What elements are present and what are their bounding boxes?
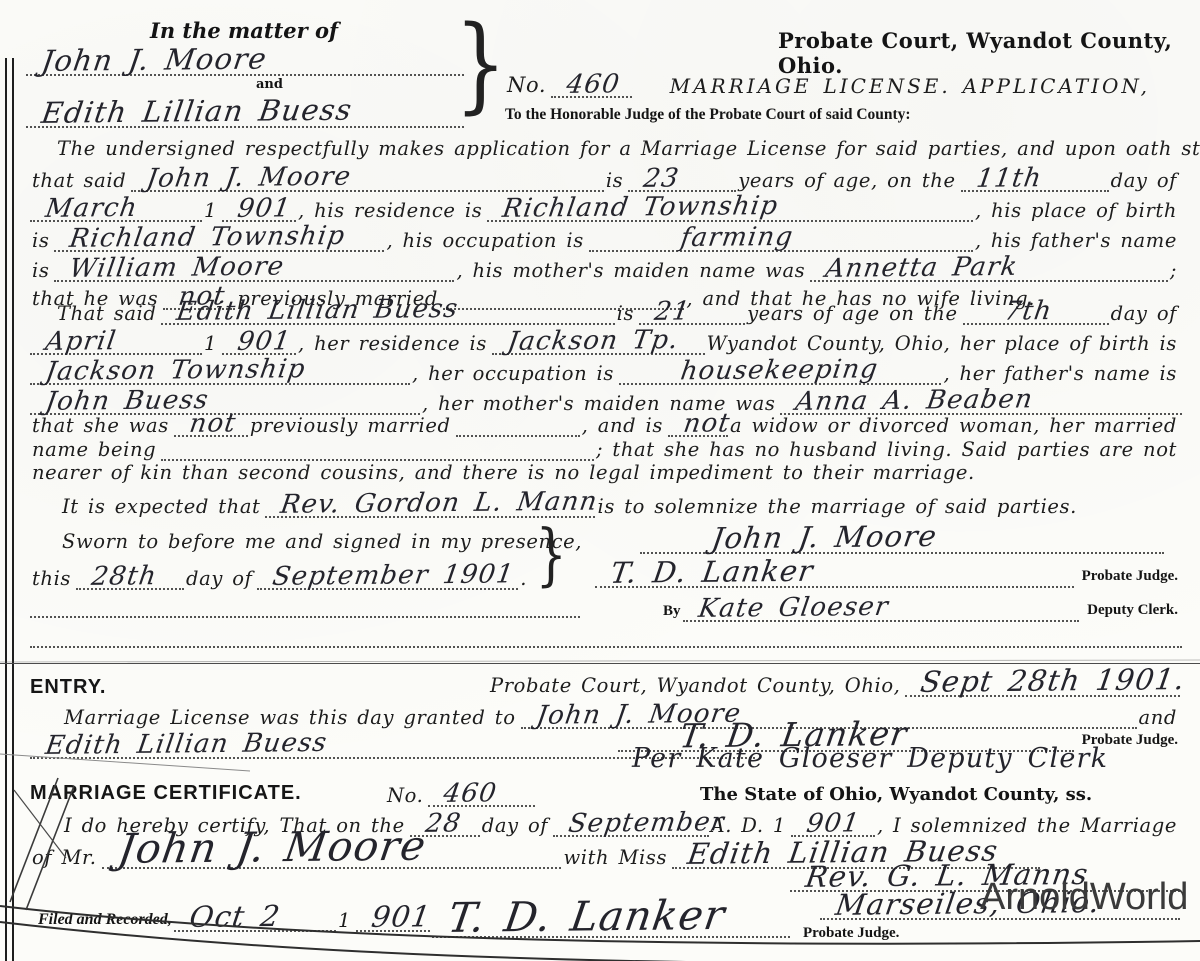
groom-occupation-value: farming bbox=[589, 226, 803, 250]
sworn-day-field: 28th bbox=[76, 567, 184, 590]
groom-birthday-value: 11th bbox=[961, 168, 1051, 190]
groom-line-1: that said John J. Moore is 23 years of a… bbox=[30, 162, 1182, 192]
groom-birthplace-value: Richland Township bbox=[54, 226, 355, 250]
groom-birthplace-label: , his place of birth bbox=[973, 201, 1182, 223]
filed-year-value: 901 bbox=[356, 905, 441, 930]
certificate-number-value: 460 bbox=[428, 783, 507, 805]
groom-age-suffix: years of age, on the bbox=[736, 171, 960, 193]
bride-age-value: 21 bbox=[639, 301, 700, 323]
entry-heading: ENTRY. bbox=[30, 676, 106, 699]
entry-date-field: Sept 28th 1901. bbox=[905, 671, 1180, 697]
filed-judge-value: T. D. Lanker bbox=[432, 899, 735, 936]
certificate-withmiss-label: with Miss bbox=[561, 848, 672, 870]
no-label: No. bbox=[505, 75, 551, 98]
groom-month-value: March bbox=[30, 197, 147, 220]
groom-semicolon: ; bbox=[1168, 261, 1182, 283]
certificate-groom-field: John J. Moore bbox=[102, 833, 562, 869]
bride-month-value: April bbox=[30, 331, 126, 353]
bride-birthday-value: 7th bbox=[963, 301, 1062, 323]
sworn-line-2: this 28th day of September 1901 . bbox=[30, 560, 532, 590]
bride-occupation-value: housekeeping bbox=[619, 359, 888, 383]
groom-dayof-label: day of bbox=[1109, 171, 1182, 193]
groom-father-label: , his father's name bbox=[973, 231, 1182, 253]
groom-age-value: 23 bbox=[628, 168, 689, 190]
groom-name-value: John J. Moore bbox=[131, 166, 361, 190]
certificate-year-value: 901 bbox=[791, 813, 870, 835]
application-intro-line: The undersigned respectfully makes appli… bbox=[55, 130, 1182, 160]
groom-mother-value: Annetta Park bbox=[810, 256, 1027, 280]
certificate-state-line: The State of Ohio, Wyandot County, ss. bbox=[700, 784, 1092, 805]
probate-judge-label: Probate Judge. bbox=[1074, 569, 1180, 588]
entry-granted-label: Marriage License was this day granted to bbox=[62, 708, 521, 730]
entry-clerk-note-wrap: Per Kate Gloeser Deputy Clerk bbox=[618, 748, 1116, 771]
filed-year-printed: 1 bbox=[336, 911, 356, 933]
bride-that-said: That said bbox=[55, 304, 161, 326]
sworn-line-1: Sworn to before me and signed in my pres… bbox=[60, 523, 540, 553]
left-margin-rule-outer bbox=[5, 58, 7, 961]
groom-residence-field: Richland Township bbox=[487, 199, 973, 222]
bride-occupation-label: , her occupation is bbox=[410, 364, 619, 386]
groom-birthday-field: 11th bbox=[961, 169, 1109, 192]
groom-residence-label: , his residence is bbox=[296, 201, 487, 223]
filed-date-field: Oct 2 bbox=[174, 906, 336, 932]
bride-birthplace-field: Jackson Township bbox=[30, 362, 410, 385]
bride-residence-suffix: Wyandot County, Ohio, her place of birth… bbox=[705, 334, 1182, 356]
sworn-dayof-label: day of bbox=[184, 569, 257, 591]
salutation: To the Honorable Judge of the Probate Co… bbox=[505, 106, 911, 124]
judge-signature-field: T. D. Lanker bbox=[595, 562, 1074, 588]
certificate-heading: MARRIAGE CERTIFICATE. bbox=[30, 782, 302, 805]
bride-line-7: nearer of kin than second cousins, and t… bbox=[30, 454, 1182, 484]
groom-is2: is bbox=[30, 231, 54, 253]
bride-birthplace-value: Jackson Township bbox=[30, 359, 315, 383]
certificate-number-field: 460 bbox=[428, 784, 535, 807]
entry-court-line: Probate Court, Wyandot County, Ohio, Sep… bbox=[488, 665, 1180, 697]
groom-age-field: 23 bbox=[628, 169, 736, 192]
bride-birthday-field: 7th bbox=[963, 302, 1109, 325]
entry-court-label: Probate Court, Wyandot County, Ohio, bbox=[488, 676, 905, 698]
groom-name-field: John J. Moore bbox=[131, 169, 604, 192]
sworn-day-value: 28th bbox=[76, 566, 166, 588]
bride-kin-clause: nearer of kin than second cousins, and t… bbox=[30, 463, 980, 485]
blank-rule-1-fill bbox=[30, 616, 580, 618]
blank-rule-2-fill bbox=[30, 646, 1182, 648]
bride-occupation-field: housekeeping bbox=[619, 362, 941, 385]
groom-father-field: William Moore bbox=[54, 259, 454, 282]
groom-is3: is bbox=[30, 261, 54, 283]
applicant-signature-field: John J. Moore bbox=[640, 528, 1164, 554]
left-margin-rule-inner bbox=[12, 58, 14, 961]
filed-line: Filed and Recorded, Oct 2 1 901 bbox=[30, 898, 430, 932]
groom-birthplace-field: Richland Township bbox=[54, 229, 384, 252]
doc-title: MARRIAGE LICENSE. APPLICATION, bbox=[668, 76, 1155, 98]
blank-rule-1 bbox=[30, 612, 580, 618]
filed-judge-signature-line: T. D. Lanker bbox=[432, 896, 790, 938]
case-number-row: No. 460 MARRIAGE LICENSE. APPLICATION, bbox=[505, 60, 1155, 98]
certificate-month-value: September bbox=[553, 812, 734, 835]
filed-date-value: Oct 2 bbox=[174, 905, 290, 930]
caption-bride-field: Edith Lillian Buess bbox=[26, 102, 464, 128]
filed-judge-field: T. D. Lanker bbox=[432, 902, 790, 938]
by-label: By bbox=[655, 604, 683, 622]
judge-signature-value: T. D. Lanker bbox=[595, 560, 823, 586]
clerk-signature-value: Kate Gloeser bbox=[683, 596, 898, 620]
groom-mother-field: Annetta Park bbox=[810, 259, 1168, 282]
applicant-signature-line: John J. Moore bbox=[640, 522, 1164, 554]
bride-line-3: Jackson Township , her occupation is hou… bbox=[30, 355, 1182, 385]
caption-bride-name: Edith Lillian Buess bbox=[26, 99, 362, 126]
bride-age-field: 21 bbox=[639, 302, 745, 325]
judge-signature-line: T. D. Lanker Probate Judge. bbox=[595, 556, 1180, 588]
bride-residence-label: , her residence is bbox=[296, 334, 492, 356]
groom-occupation-field: farming bbox=[589, 229, 973, 252]
blank-rule-2 bbox=[30, 642, 1182, 648]
application-intro: The undersigned respectfully makes appli… bbox=[55, 139, 1200, 161]
groom-father-value: William Moore bbox=[54, 256, 294, 280]
caption-brace: } bbox=[455, 12, 507, 116]
bride-year-value: 901 bbox=[222, 331, 301, 353]
filed-judge-label: Probate Judge. bbox=[795, 926, 901, 945]
marriage-license-document: { "glyphs": { "brace": "}" }, "watermark… bbox=[0, 0, 1200, 961]
groom-residence-value: Richland Township bbox=[487, 196, 788, 220]
groom-year-printed: 1 bbox=[202, 201, 222, 223]
bride-residence-value: Jackson Tp. bbox=[492, 330, 688, 353]
certificate-no-label: No. bbox=[385, 786, 428, 808]
bride-name-value: Edith Lillian Buess bbox=[161, 299, 468, 323]
deputy-clerk-label: Deputy Clerk. bbox=[1079, 603, 1180, 622]
groom-month-field: March bbox=[30, 199, 202, 222]
clerk-signature-line: By Kate Gloeser Deputy Clerk. bbox=[655, 590, 1180, 622]
entry-clerk-note: Per Kate Gloeser Deputy Clerk bbox=[618, 743, 1116, 774]
groom-that-said: that said bbox=[30, 171, 131, 193]
bride-month-field: April bbox=[30, 332, 202, 355]
groom-line-4: is William Moore , his mother's maiden n… bbox=[30, 252, 1182, 282]
caption-groom-field: John J. Moore bbox=[26, 50, 464, 76]
filed-label: Filed and Recorded, bbox=[30, 912, 174, 932]
bride-name-field: Edith Lillian Buess bbox=[161, 302, 614, 325]
bride-line-1: That said Edith Lillian Buess is 21 year… bbox=[55, 295, 1182, 325]
groom-line-2: March 1 901 , his residence is Richland … bbox=[30, 192, 1182, 222]
sworn-this-label: this bbox=[30, 569, 76, 591]
applicant-signature-value: John J. Moore bbox=[640, 525, 947, 552]
officiant-name-value: Rev. Gordon L. Mann bbox=[265, 491, 607, 516]
entry-date-value: Sept 28th 1901. bbox=[905, 668, 1195, 695]
groom-year-field: 901 bbox=[222, 199, 296, 222]
bride-year-printed: 1 bbox=[202, 334, 222, 356]
bride-father-label: , her father's name is bbox=[941, 364, 1182, 386]
groom-mother-label: , his mother's maiden name was bbox=[454, 261, 810, 283]
certificate-groom-value: John J. Moore bbox=[102, 830, 437, 867]
officiant-expected-label: It is expected that bbox=[60, 497, 265, 519]
sworn-brace: } bbox=[536, 521, 567, 589]
groom-is-label: is bbox=[604, 171, 628, 193]
sworn-monthyear-field: September 1901 bbox=[257, 567, 518, 590]
groom-occupation-label: , his occupation is bbox=[384, 231, 588, 253]
case-number-field: 460 bbox=[551, 75, 632, 98]
bride-year-field: 901 bbox=[222, 332, 296, 355]
sworn-monthyear-value: September 1901 bbox=[257, 564, 524, 588]
sworn-statement: Sworn to before me and signed in my pres… bbox=[60, 532, 587, 554]
certificate-ofmr-label: of Mr. bbox=[30, 848, 102, 870]
case-number-value: 460 bbox=[551, 74, 630, 96]
groom-line-3: is Richland Township , his occupation is… bbox=[30, 222, 1182, 252]
caption-bride-line: Edith Lillian Buess bbox=[26, 82, 464, 128]
entry-bride-value: Edith Lillian Buess bbox=[30, 733, 337, 757]
clerk-signature-field: Kate Gloeser bbox=[683, 599, 1080, 622]
officiant-solemnize-suffix: is to solemnize the marriage of said par… bbox=[595, 497, 1081, 519]
officiant-line: It is expected that Rev. Gordon L. Mann … bbox=[60, 488, 1120, 518]
bride-line-2: April 1 901 , her residence is Jackson T… bbox=[30, 325, 1182, 355]
bride-residence-field: Jackson Tp. bbox=[492, 332, 705, 355]
bride-age-suffix: years of age on the bbox=[745, 304, 963, 326]
caption-groom-name: John J. Moore bbox=[26, 48, 277, 74]
certificate-number-row: No. 460 bbox=[385, 775, 535, 807]
bride-dayof-label: day of bbox=[1109, 304, 1182, 326]
groom-year-value: 901 bbox=[222, 198, 301, 220]
bride-is-label: is bbox=[615, 304, 639, 326]
watermark-text: ArnoldWorld bbox=[980, 876, 1188, 919]
filed-year-field: 901 bbox=[356, 906, 430, 932]
caption-groom-line: John J. Moore bbox=[26, 30, 464, 76]
